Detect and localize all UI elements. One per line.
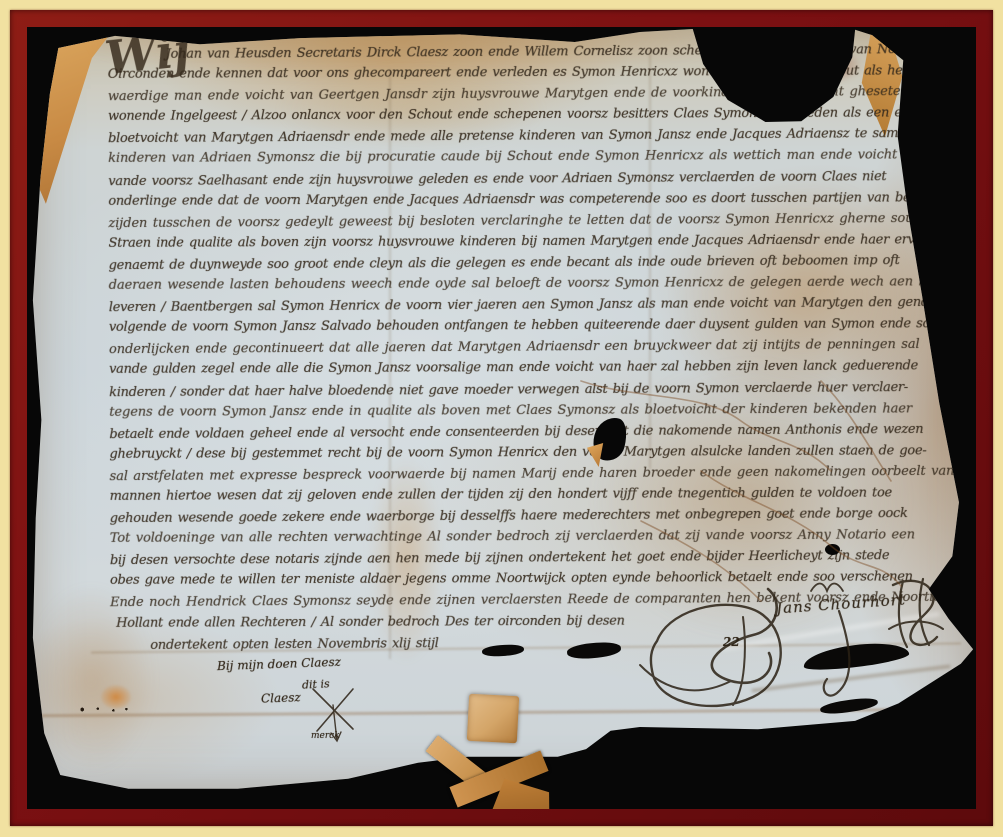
docket-line-3: Claesz bbox=[261, 690, 301, 705]
manuscript-line: Oirconden ende kennen dat voor ons gheco… bbox=[108, 60, 970, 85]
hanging-tag-strip bbox=[449, 750, 548, 807]
docket-line-2: dit is bbox=[302, 677, 330, 691]
page: { "frame": { "mat_color": "#f1e1a1", "bo… bbox=[0, 0, 1003, 837]
seal-tag-patch bbox=[467, 694, 519, 744]
ink-specks bbox=[77, 705, 129, 714]
parchment-document: Wij Johan van Heusden Secretaris Dirck C… bbox=[31, 29, 975, 791]
mat-border: Wij Johan van Heusden Secretaris Dirck C… bbox=[0, 0, 1003, 837]
docket-line-1: Bij mijn doen Claesz bbox=[217, 655, 341, 673]
diagonal-wrinkle bbox=[752, 665, 951, 692]
plica-slit bbox=[819, 696, 878, 716]
stain-dot bbox=[101, 685, 131, 709]
archive-number: 22 bbox=[723, 635, 740, 649]
handmark-x bbox=[313, 689, 353, 731]
photo-background: Wij Johan van Heusden Secretaris Dirck C… bbox=[27, 27, 976, 809]
paraph-tail bbox=[640, 665, 731, 690]
manuscript-text-block: Johan van Heusden Secretaris Dirck Claes… bbox=[108, 39, 973, 654]
hanging-tag-strip bbox=[488, 778, 555, 809]
red-frame-border: Wij Johan van Heusden Secretaris Dirck C… bbox=[10, 10, 993, 826]
manuscript-line: ondertekent opten lesten Novembris xlij … bbox=[150, 629, 972, 655]
horizontal-fold-crease bbox=[41, 708, 961, 717]
docket-merck-label: merck bbox=[311, 731, 340, 741]
